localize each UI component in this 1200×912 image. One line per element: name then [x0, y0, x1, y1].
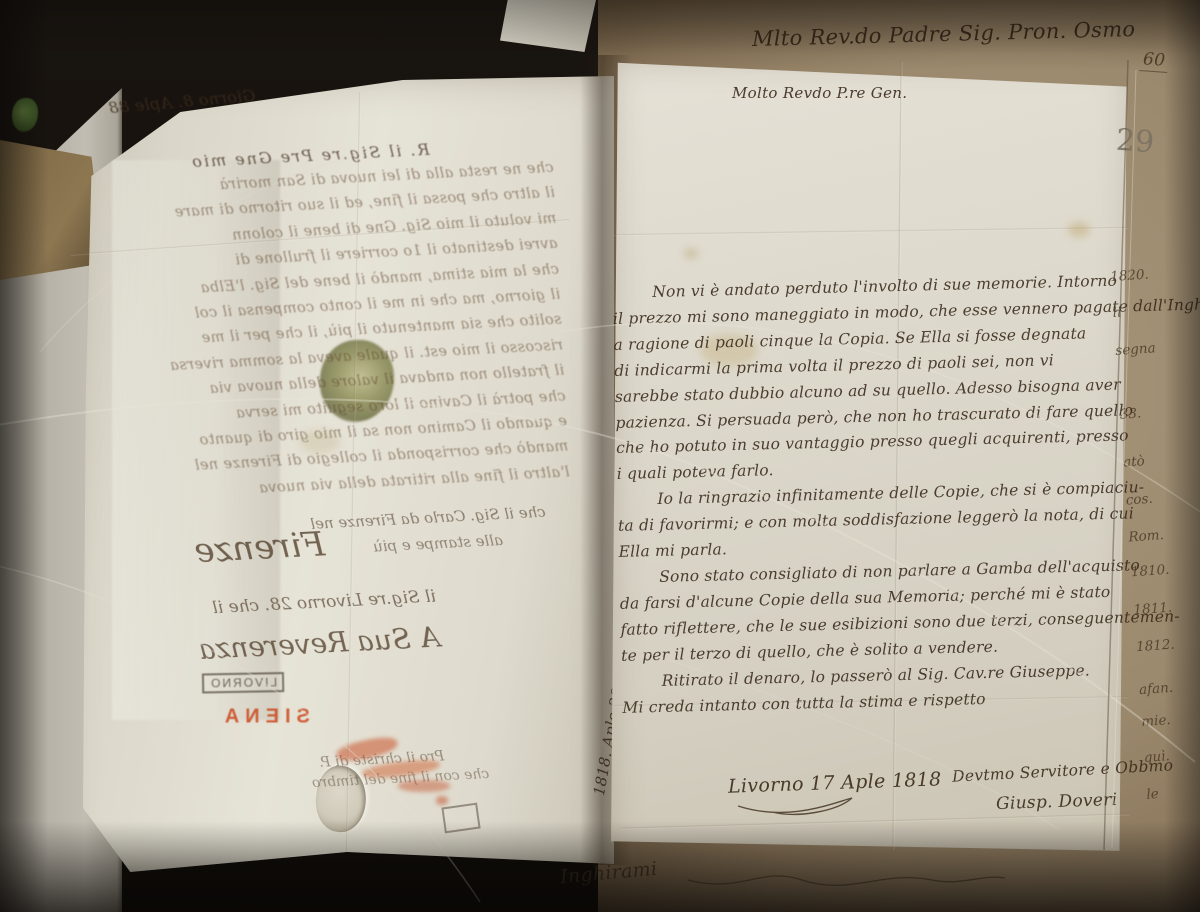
edge-fragment: cos. [1125, 491, 1153, 509]
edge-fragment: mie. [1141, 712, 1171, 730]
page-corner-sliver [500, 0, 596, 52]
red-ink-smudge [398, 780, 450, 792]
mirrored-address-block: che il Sig. Carlo da Firenze nelFirenzea… [72, 156, 587, 820]
red-postal-stamp: SIENA [219, 706, 310, 729]
letter-body: Non vi è andato perduto l'involto di sue… [612, 268, 1145, 721]
edge-fragment: Rom. [1128, 527, 1164, 545]
mirrored-address-line: che il Sig. Carlo da Firenze nel [310, 503, 546, 533]
edge-fragment: 1811. [1133, 600, 1173, 619]
paper-stain [684, 248, 698, 259]
edge-fragment: 1820. [1110, 266, 1150, 285]
mirrored-address-line: il Sig.re Livorno 28. che il [212, 587, 437, 619]
mirrored-address-line: alle stampe e più [373, 531, 504, 556]
edge-fragment: atò [1123, 453, 1146, 470]
paper-stain [300, 430, 340, 454]
edge-fragment: quì. [1143, 748, 1170, 766]
edge-fragment: 1812. [1136, 637, 1176, 656]
paper-stain [1068, 222, 1090, 237]
edge-fragment: segna [1115, 340, 1156, 359]
edge-fragment: 33. [1119, 405, 1142, 422]
red-ink-dot [436, 796, 448, 805]
folio-number: 60 [1139, 49, 1169, 73]
postal-box-stamp: LIVORNO [202, 672, 284, 693]
green-debris-speck [12, 98, 38, 132]
photographed-manuscript-spread: Mlto Rev.do Padre Sig. Pron. Osmo 60 Gio… [0, 0, 1200, 912]
edge-fragment: li [1112, 304, 1122, 321]
edge-fragment: le [1146, 786, 1159, 803]
mirrored-address-line: Firenze [193, 524, 326, 571]
salutation: Molto Revdo P.re Gen. [732, 84, 907, 102]
pencil-number: 29 [1115, 123, 1156, 161]
edge-fragment: 1810. [1130, 562, 1170, 581]
edge-fragment: afan. [1139, 680, 1174, 698]
signature: Giusp. Doveri [996, 790, 1118, 814]
mirrored-address-line: A Sua Reverenza [198, 620, 441, 666]
